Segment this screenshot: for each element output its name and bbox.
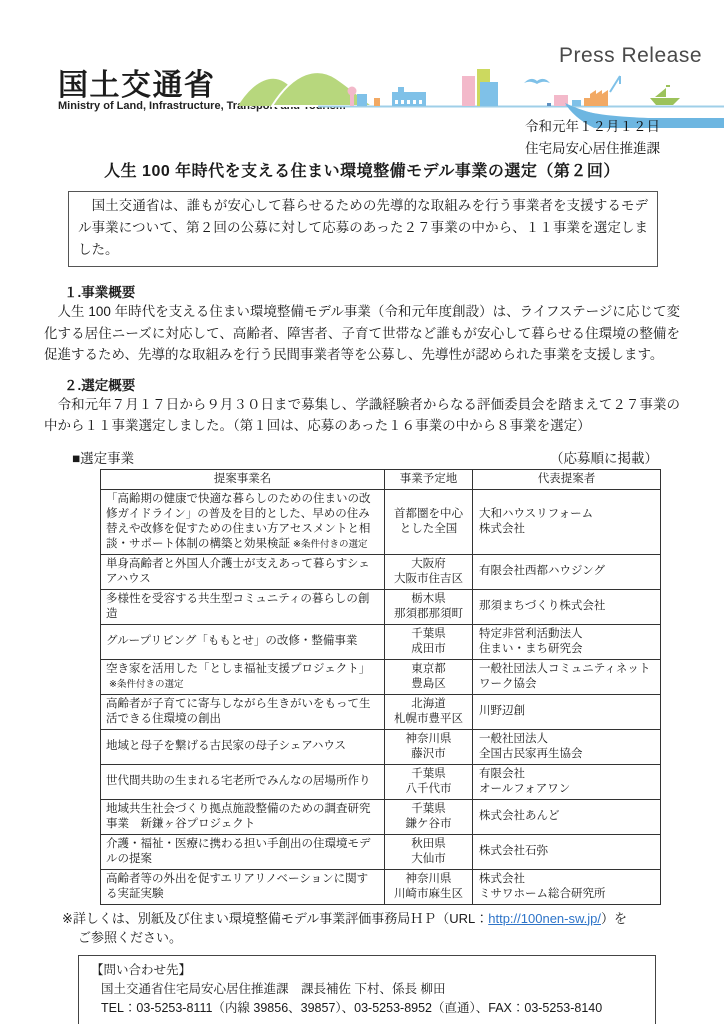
table-caption-left: ■選定事業 bbox=[72, 447, 134, 467]
contact-phone: TEL：03-5253-8111（内線 39856、39857）、03-5253… bbox=[91, 999, 647, 1018]
bird-icon bbox=[524, 79, 550, 84]
project-location: 北海道 札幌市豊平区 bbox=[385, 694, 473, 729]
project-location: 神奈川県 川崎市麻生区 bbox=[385, 869, 473, 904]
project-name: グループリビング「ももとせ」の改修・整備事業 bbox=[106, 635, 357, 647]
project-proposer: 一般社団法人コミュニティネットワーク協会 bbox=[473, 659, 661, 694]
project-location: 千葉県 成田市 bbox=[385, 624, 473, 659]
table-row: 介護・福祉・医療に携わる担い手創出の住環境モデルの提案 秋田県 大仙市 株式会社… bbox=[101, 834, 661, 869]
project-proposer: 特定非営利活動法人 住まい・まち研究会 bbox=[473, 624, 661, 659]
date-block: 令和元年１２月１２日 住宅局安心居住推進課 bbox=[525, 116, 660, 160]
project-location: 秋田県 大仙市 bbox=[385, 834, 473, 869]
contact-box: 【問い合わせ先】 国土交通省住宅局安心居住推進課 課長補佐 下村、係長 柳田 T… bbox=[78, 955, 656, 1024]
project-proposer: 株式会社あんど bbox=[473, 799, 661, 834]
project-proposer: 有限会社西都ハウジング bbox=[473, 554, 661, 589]
selected-projects-table: 提案事業名 事業予定地 代表提案者 「高齢期の健康で快適な暮らしのための住まいの… bbox=[100, 469, 661, 905]
header: Press Release 国土交通省 Ministry of Land, In… bbox=[0, 0, 724, 150]
table-caption-right: （応募順に掲載） bbox=[550, 447, 658, 467]
section2-body: 令和元年７月１７日から９月３０日まで募集し、学識経験者からなる評価委員会を踏まえ… bbox=[44, 394, 680, 437]
table-header-row: 提案事業名 事業予定地 代表提案者 bbox=[101, 469, 661, 489]
page-title: 人生 100 年時代を支える住まい環境整備モデル事業の選定（第２回） bbox=[0, 158, 724, 181]
boat-icon bbox=[650, 86, 680, 105]
project-location: 千葉県 八千代市 bbox=[385, 764, 473, 799]
footnote-line2: ご参照ください。 bbox=[62, 929, 684, 946]
table-caption: ■選定事業 （応募順に掲載） bbox=[72, 447, 658, 467]
release-date: 令和元年１２月１２日 bbox=[525, 116, 660, 138]
project-name: 空き家を活用した「としま福祉支援プロジェクト」 bbox=[106, 663, 370, 675]
project-proposer: 川野辺創 bbox=[473, 694, 661, 729]
release-department: 住宅局安心居住推進課 bbox=[525, 138, 660, 160]
project-location: 東京都 豊島区 bbox=[385, 659, 473, 694]
project-location: 千葉県 鎌ケ谷市 bbox=[385, 799, 473, 834]
summary-box: 国土交通省は、誰もが安心して暮らせるための先導的な取組みを行う事業者を支援するモ… bbox=[68, 191, 658, 267]
project-name: 多様性を受容する共生型コミュニティの暮らしの創造 bbox=[106, 593, 369, 620]
project-location: 栃木県 那須郡那須町 bbox=[385, 589, 473, 624]
footnote-text-before: ※詳しくは、別紙及び住まい環境整備モデル事業評価事務局ＨＰ（URL： bbox=[62, 911, 488, 926]
table-row: 高齢者が子育てに寄与しながら生きがいをもって生活できる住環境の創出 北海道 札幌… bbox=[101, 694, 661, 729]
project-name: 介護・福祉・医療に携わる担い手創出の住環境モデルの提案 bbox=[106, 838, 371, 865]
project-note: ※条件付きの選定 bbox=[293, 539, 367, 550]
contact-title: 【問い合わせ先】 bbox=[91, 961, 647, 980]
project-name: 高齢者が子育てに寄与しながら生きがいをもって生活できる住環境の創出 bbox=[106, 698, 371, 725]
buildings-icon bbox=[462, 69, 498, 106]
section1-heading: １.事業概要 bbox=[64, 281, 724, 301]
table-row: 地域と母子を繋げる古民家の母子シェアハウス 神奈川県 藤沢市 一般社団法人 全国… bbox=[101, 729, 661, 764]
section1-body: 人生 100 年時代を支える住まい環境整備モデル事業（令和元年度創設）は、ライフ… bbox=[44, 301, 680, 366]
evaluation-office-link[interactable]: http://100nen-sw.jp/ bbox=[488, 911, 601, 926]
table-row: 地域共生社会づくり拠点施設整備のための調査研究事業 新鎌ヶ谷プロジェクト 千葉県… bbox=[101, 799, 661, 834]
col-header-proposer: 代表提案者 bbox=[473, 469, 661, 489]
table-row: 世代間共助の生まれる宅老所でみんなの居場所作り 千葉県 八千代市 有限会社 オー… bbox=[101, 764, 661, 799]
table-row: 「高齢期の健康で快適な暮らしのための住まいの改修ガイドライン」の普及を目的とした… bbox=[101, 489, 661, 554]
col-header-project-name: 提案事業名 bbox=[101, 469, 385, 489]
table-row: 空き家を活用した「としま福祉支援プロジェクト」※条件付きの選定 東京都 豊島区 … bbox=[101, 659, 661, 694]
houses-icon bbox=[547, 95, 581, 106]
project-name: 世代間共助の生まれる宅老所でみんなの居場所作り bbox=[106, 775, 371, 787]
project-proposer: 株式会社石弥 bbox=[473, 834, 661, 869]
footnote: ※詳しくは、別紙及び住まい環境整備モデル事業評価事務局ＨＰ（URL：http:/… bbox=[62, 910, 684, 946]
table-row: 多様性を受容する共生型コミュニティの暮らしの創造 栃木県 那須郡那須町 那須まち… bbox=[101, 589, 661, 624]
col-header-location: 事業予定地 bbox=[385, 469, 473, 489]
project-location: 首都圏を中心 とした全国 bbox=[385, 489, 473, 554]
project-location: 大阪府 大阪市住吉区 bbox=[385, 554, 473, 589]
project-name: 地域と母子を繋げる古民家の母子シェアハウス bbox=[106, 740, 346, 752]
project-proposer: 一般社団法人 全国古民家再生協会 bbox=[473, 729, 661, 764]
table-row: 単身高齢者と外国人介護士が支えあって暮らすシェアハウス 大阪府 大阪市住吉区 有… bbox=[101, 554, 661, 589]
project-name: 地域共生社会づくり拠点施設整備のための調査研究事業 新鎌ヶ谷プロジェクト bbox=[106, 803, 371, 830]
footnote-text-after: ）を bbox=[601, 911, 627, 926]
project-name: 単身高齢者と外国人介護士が支えあって暮らすシェアハウス bbox=[106, 558, 370, 585]
project-location: 神奈川県 藤沢市 bbox=[385, 729, 473, 764]
project-proposer: 那須まちづくり株式会社 bbox=[473, 589, 661, 624]
mlit-logo-text: 国土交通省 bbox=[58, 60, 216, 104]
press-release-page: Press Release 国土交通省 Ministry of Land, In… bbox=[0, 0, 724, 1024]
project-proposer: 大和ハウスリフォーム 株式会社 bbox=[473, 489, 661, 554]
project-note: ※条件付きの選定 bbox=[109, 679, 183, 690]
town-icons bbox=[348, 87, 427, 107]
factory-icon bbox=[584, 76, 620, 106]
project-proposer: 株式会社 ミサワホーム総合研究所 bbox=[473, 869, 661, 904]
section2-heading: ２.選定概要 bbox=[64, 374, 724, 394]
project-proposer: 有限会社 オールフォアワン bbox=[473, 764, 661, 799]
table-row: 高齢者等の外出を促すエリアリノベーションに関する実証実験 神奈川県 川崎市麻生区… bbox=[101, 869, 661, 904]
project-name: 高齢者等の外出を促すエリアリノベーションに関する実証実験 bbox=[106, 873, 368, 900]
contact-department: 国土交通省住宅局安心居住推進課 課長補佐 下村、係長 柳田 bbox=[91, 980, 647, 999]
table-row: グループリビング「ももとせ」の改修・整備事業 千葉県 成田市 特定非営利活動法人… bbox=[101, 624, 661, 659]
